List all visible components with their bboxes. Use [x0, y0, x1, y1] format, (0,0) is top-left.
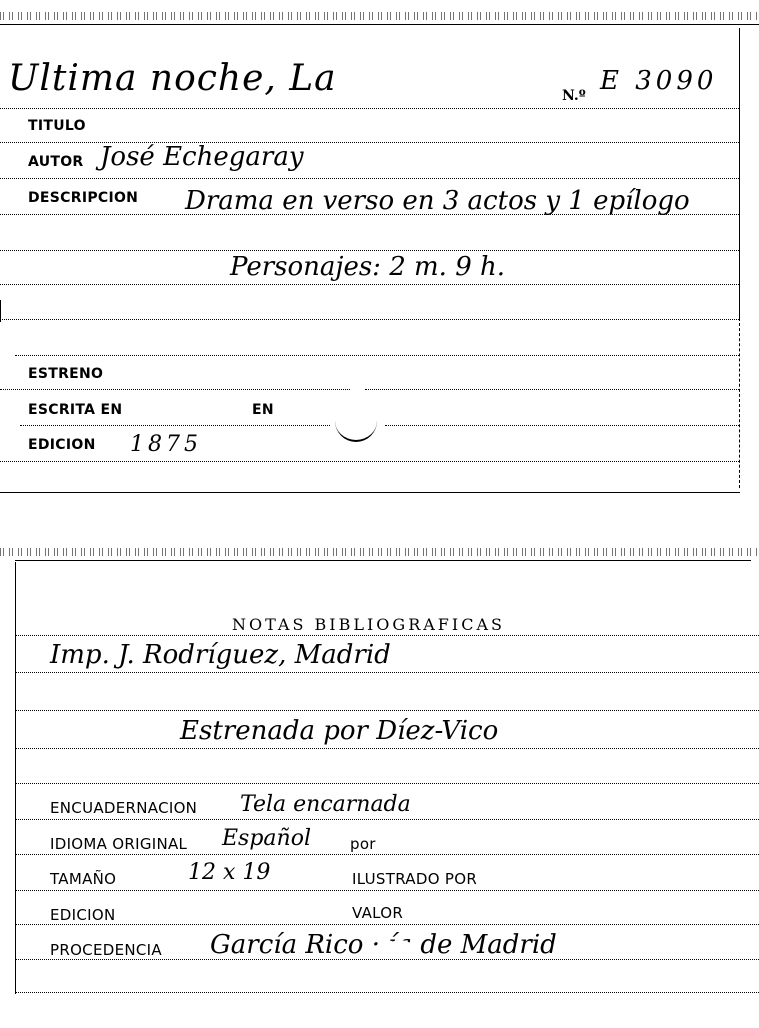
number-label: N.º	[562, 88, 586, 104]
back-card: NOTAS BIBLIOGRAFICAS Imp. J. Rodríguez, …	[0, 540, 759, 1028]
edicion-label: EDICION	[28, 437, 96, 453]
estreno-rule-left	[0, 389, 350, 390]
escrita-en-label: ESCRITA EN	[28, 402, 122, 418]
card-title: Ultima noche, La	[8, 58, 337, 99]
note-imprenta: Imp. J. Rodríguez, Madrid	[50, 640, 391, 670]
back-card-top-edge	[15, 560, 751, 561]
estreno-label: ESTRENO	[28, 366, 103, 382]
edicion-back-rule	[15, 924, 759, 925]
blank-rule-2	[0, 319, 739, 320]
encuadernacion-label: ENCUADERNACION	[50, 799, 197, 817]
card-right-border	[739, 28, 740, 318]
procedencia-rule	[15, 959, 759, 960]
escrita-rule-left	[20, 425, 330, 426]
autor-rule	[0, 178, 739, 179]
personajes-rule	[0, 284, 739, 285]
catalog-number: E 3090	[600, 66, 717, 96]
escrita-rule-right	[385, 425, 739, 426]
erased-spot	[382, 940, 418, 974]
tamano-rule	[15, 890, 759, 891]
descripcion-rule	[0, 214, 739, 215]
idioma-value: Español	[222, 826, 311, 851]
ilustrado-label: ILUSTRADO POR	[352, 870, 477, 888]
note-estrenada: Estrenada por Díez-Vico	[180, 716, 498, 746]
descripcion-label: DESCRIPCION	[28, 190, 138, 206]
tamano-value: 12 x 19	[188, 860, 270, 885]
por-label: por	[350, 835, 376, 853]
estreno-rule-right	[365, 389, 739, 390]
front-card: Ultima noche, La N.º E 3090 TITULO AUTOR…	[0, 0, 759, 500]
card-right-border-lower	[739, 318, 740, 488]
ink-mark	[335, 420, 377, 442]
blank-rule-3	[15, 355, 739, 356]
tamano-label: TAMAÑO	[50, 870, 116, 888]
valor-label: VALOR	[352, 904, 403, 922]
card-bottom-edge	[0, 492, 740, 493]
autor-label: AUTOR	[28, 154, 84, 170]
back-card-left-border	[15, 562, 16, 994]
idioma-rule	[15, 854, 759, 855]
notas-heading: NOTAS BIBLIOGRAFICAS	[232, 615, 505, 634]
descripcion-value: Drama en verso en 3 actos y 1 epílogo	[185, 186, 690, 216]
scan-noise-top	[0, 12, 759, 20]
procedencia-label: PROCEDENCIA	[50, 941, 162, 959]
titulo-label: TITULO	[28, 118, 86, 134]
title-rule	[0, 108, 739, 109]
notas-rule-1	[15, 635, 759, 636]
bottom-rule	[15, 992, 759, 993]
edicion-rule	[0, 461, 739, 462]
notas-rule-2	[15, 672, 759, 673]
en-label: EN	[252, 402, 274, 418]
encuadernacion-value: Tela encarnada	[240, 792, 411, 817]
encuadernacion-rule	[15, 819, 759, 820]
personajes-value: Personajes: 2 m. 9 h.	[230, 252, 505, 282]
card-top-edge	[0, 24, 759, 25]
edicion-value: 1875	[130, 432, 202, 457]
notas-rule-4	[15, 748, 759, 749]
autor-value: José Echegaray	[100, 142, 304, 172]
scan-noise-top-back	[0, 548, 759, 556]
blank-rule-1	[0, 250, 739, 251]
idioma-label: IDIOMA ORIGINAL	[50, 835, 187, 853]
notas-rule-3	[15, 710, 759, 711]
edicion-back-label: EDICION	[50, 906, 115, 924]
notas-rule-5	[15, 783, 759, 784]
